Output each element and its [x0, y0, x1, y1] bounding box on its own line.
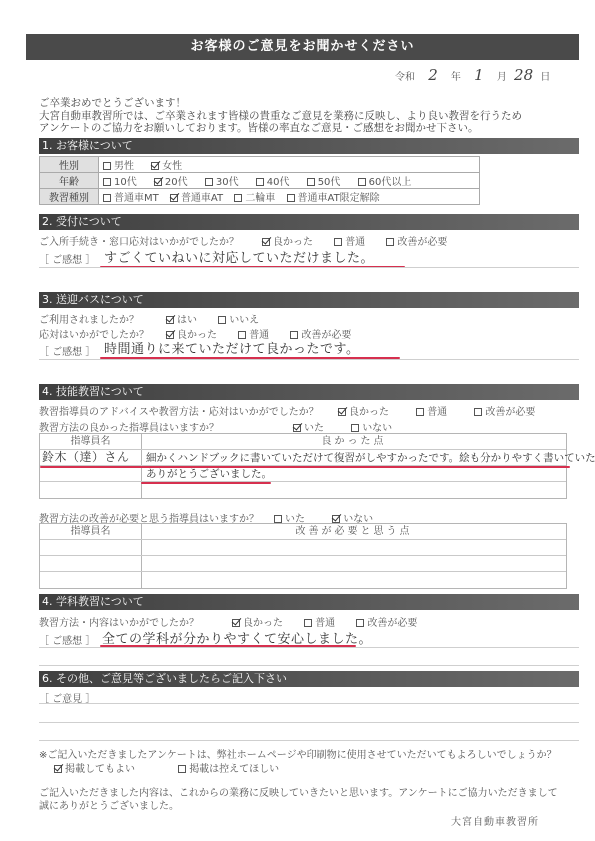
bus-usage-yes-option[interactable]: はい [166, 311, 197, 326]
age-50s-option[interactable]: 50代 [307, 173, 341, 188]
checkbox-icon[interactable] [274, 515, 282, 523]
instructor-advice-normal-option[interactable]: 普通 [416, 403, 447, 418]
date-year-unit: 年 [451, 72, 461, 83]
age-10s-option[interactable]: 10代 [103, 173, 137, 188]
table-header-row: 指導員名 改善が必要と思う点 [40, 524, 566, 540]
closing-line-2: 誠にありがとうございました。 [39, 800, 558, 813]
section-1-heading: 1. お客様について [39, 138, 579, 154]
good-point-header: 良かった点 [142, 434, 566, 449]
course-motorcycle-option[interactable]: 二輪車 [234, 189, 275, 204]
table-row [40, 556, 566, 572]
good-point-cell[interactable]: 細かくハンドブックに書いていただけて復習がしやすかったです。絵も分かりやすく書い… [146, 450, 595, 466]
checkbox-checked-icon[interactable] [262, 238, 270, 246]
section-2-heading: 2. 受付について [39, 214, 579, 230]
age-60s-plus-option[interactable]: 60代以上 [358, 173, 412, 188]
reception-comment-label: ［ ご感想 ］ [39, 251, 95, 266]
divider [39, 267, 579, 268]
instructor-advice-question: 教習指導員のアドバイスや教習方法・応対はいかがでしたか？ [39, 403, 319, 418]
checkbox-icon[interactable] [334, 238, 342, 246]
good-point-underline-1 [40, 466, 570, 468]
checkbox-checked-icon[interactable] [293, 424, 301, 432]
school-signature: 大宮自動車教習所 [451, 813, 539, 828]
checkbox-icon[interactable] [304, 619, 312, 627]
classroom-question: 教習方法・内容はいかがでしたか？ [39, 614, 199, 629]
checkbox-icon[interactable] [351, 424, 359, 432]
gender-label: 性別 [40, 157, 99, 173]
course-type-row: 教習種別 普通車MT 普通車AT 二輪車 普通車AT限定解除 [40, 189, 480, 205]
date-month[interactable]: 1 [474, 66, 484, 84]
date-era: 令和 [395, 72, 415, 83]
age-row: 年齢 10代 20代 30代 40代 50代 60代以上 [40, 173, 480, 189]
checkbox-icon[interactable] [358, 178, 366, 186]
intro-line-3: アンケートのご協力をお願いしております。皆様の率直なご意見・ご感想をお聞かせ下さ… [39, 122, 522, 135]
classroom-comment-label: ［ ご感想 ］ [39, 632, 95, 647]
age-label: 年齢 [40, 173, 99, 189]
gender-female-option[interactable]: 女性 [151, 157, 182, 172]
table-row [40, 482, 566, 498]
classroom-good-option[interactable]: 良かった [232, 614, 283, 629]
section-4-heading: 4. 技能教習について [39, 384, 579, 400]
checkbox-checked-icon[interactable] [170, 194, 178, 202]
reception-normal-option[interactable]: 普通 [334, 233, 365, 248]
instructor-advice-good-option[interactable]: 良かった [338, 403, 389, 418]
instructor-advice-needs-improvement-option[interactable]: 改善が必要 [474, 403, 535, 418]
checkbox-checked-icon[interactable] [338, 408, 346, 416]
date-year[interactable]: 2 [428, 66, 438, 84]
checkbox-icon[interactable] [307, 178, 315, 186]
table-row [40, 540, 566, 556]
checkbox-icon[interactable] [218, 316, 226, 324]
good-instructor-yes-option[interactable]: いた [293, 419, 324, 434]
age-20s-option[interactable]: 20代 [154, 173, 188, 188]
checkbox-icon[interactable] [234, 194, 242, 202]
checkbox-checked-icon[interactable] [54, 765, 62, 773]
publish-decline-option[interactable]: 掲載は控えてほしい [178, 763, 279, 777]
instructor-name-cell[interactable] [40, 572, 142, 588]
course-at-option[interactable]: 普通車AT [170, 189, 223, 204]
checkbox-checked-icon[interactable] [232, 619, 240, 627]
checkbox-checked-icon[interactable] [166, 316, 174, 324]
improve-instructor-table: 指導員名 改善が必要と思う点 [39, 523, 567, 589]
reception-comment[interactable]: すごくていねいに対応していただけました。 [104, 247, 374, 266]
age-40s-option[interactable]: 40代 [256, 173, 290, 188]
instructor-name-cell[interactable] [40, 556, 142, 571]
reception-question: ご入所手続き・窓口応対はいかがでしたか？ [39, 233, 239, 248]
reception-good-option[interactable]: 良かった [262, 233, 313, 248]
section-3-heading: 3. 送迎バスについて [39, 292, 579, 308]
checkbox-icon[interactable] [205, 178, 213, 186]
checkbox-icon[interactable] [356, 619, 364, 627]
date-field: 令和 2 年 1 月 28 日 [395, 66, 550, 84]
closing-message: ご記入いただきました内容は、これからの業務に反映していきたいと思います。アンケー… [39, 787, 558, 813]
bus-comment[interactable]: 時間通りに来ていただけて良かったです。 [104, 338, 359, 357]
customer-profile-table: 性別 男性 女性 年齢 10代 20代 30代 40代 50代 60代以上 教習… [39, 156, 480, 205]
form-title: お客様のご意見をお聞かせください [26, 34, 579, 60]
publication-consent: ※ご記入いただきましたアンケートは、弊社ホームページや印刷物に使用させていただい… [39, 749, 557, 777]
good-instructor-question: 教習方法の良かった指導員はいますか？ [39, 419, 219, 434]
course-at-limit-removal-option[interactable]: 普通車AT限定解除 [287, 189, 380, 204]
checkbox-icon[interactable] [103, 194, 111, 202]
reception-needs-improvement-option[interactable]: 改善が必要 [386, 233, 447, 248]
instructor-advice-options: 良かった 普通 改善が必要 [338, 403, 549, 418]
checkbox-icon[interactable] [178, 765, 186, 773]
checkbox-icon[interactable] [416, 408, 424, 416]
good-instructor-options: いた いない [293, 419, 406, 434]
instructor-name-header: 指導員名 [40, 524, 142, 539]
classroom-normal-option[interactable]: 普通 [304, 614, 335, 629]
bus-comment-label: ［ ご感想 ］ [39, 343, 95, 358]
checkbox-checked-icon[interactable] [151, 162, 159, 170]
table-header-row: 指導員名 良かった点 [40, 434, 566, 450]
bus-usage-options: はい いいえ [166, 311, 273, 326]
improve-point-cell[interactable] [142, 540, 566, 555]
course-mt-option[interactable]: 普通車MT [103, 189, 159, 204]
checkbox-icon[interactable] [386, 238, 394, 246]
section-6-heading: 6. その他、ご意見等ございましたらご記入下さい [39, 671, 579, 687]
date-month-unit: 月 [497, 72, 507, 83]
checkbox-checked-icon[interactable] [332, 515, 340, 523]
table-row: ありがとうございました。 [40, 466, 566, 482]
date-day[interactable]: 28 [514, 66, 533, 84]
other-comment-input[interactable] [104, 688, 574, 702]
publish-ok-option[interactable]: 掲載してもよい [54, 763, 135, 777]
section-5-heading: 4. 学科教習について [39, 594, 579, 610]
divider [39, 647, 579, 648]
course-type-label: 教習種別 [40, 189, 99, 205]
table-row: 鈴木（達）さん 細かくハンドブックに書いていただけて復習がしやすかったです。絵も… [40, 450, 566, 466]
bus-usage-question: ご利用されましたか？ [39, 311, 139, 326]
age-30s-option[interactable]: 30代 [205, 173, 239, 188]
intro-text: ご卒業おめでとうございます！ 大宮自動車教習所では、ご卒業されます皆様の貴重なご… [39, 97, 522, 135]
closing-line-1: ご記入いただきました内容は、これからの業務に反映していきたいと思います。アンケー… [39, 787, 558, 800]
good-point-underline-2 [141, 482, 271, 484]
checkbox-icon[interactable] [287, 194, 295, 202]
good-point-cell[interactable]: ありがとうございました。 [146, 466, 272, 482]
classroom-options: 良かった 普通 改善が必要 [232, 614, 431, 629]
good-instructor-no-option[interactable]: いない [351, 419, 392, 434]
checkbox-checked-icon[interactable] [154, 178, 162, 186]
bus-usage-no-option[interactable]: いいえ [218, 311, 259, 326]
reception-options: 良かった 普通 改善が必要 [262, 233, 461, 248]
gender-row: 性別 男性 女性 [40, 157, 480, 173]
intro-line-2: 大宮自動車教習所では、ご卒業されます皆様の貴重なご意見を業務に反映し、より良い教… [39, 110, 522, 123]
divider [39, 665, 579, 666]
publication-question: ※ご記入いただきましたアンケートは、弊社ホームページや印刷物に使用させていただい… [39, 749, 557, 763]
comment-line [39, 703, 579, 704]
divider [39, 359, 579, 360]
instructor-name-header: 指導員名 [40, 434, 142, 449]
instructor-name-cell[interactable]: 鈴木（達）さん [42, 449, 130, 465]
comment-line [39, 740, 579, 741]
date-day-unit: 日 [540, 72, 550, 83]
intro-line-1: ご卒業おめでとうございます！ [39, 97, 522, 110]
table-row [40, 572, 566, 588]
comment-line [39, 722, 579, 723]
improve-point-header: 改善が必要と思う点 [142, 524, 566, 539]
checkbox-icon[interactable] [103, 162, 111, 170]
classroom-needs-improvement-option[interactable]: 改善が必要 [356, 614, 417, 629]
gender-male-option[interactable]: 男性 [103, 157, 134, 172]
improve-point-cell[interactable] [142, 556, 566, 571]
checkbox-icon[interactable] [474, 408, 482, 416]
instructor-name-cell[interactable] [40, 540, 142, 555]
checkbox-icon[interactable] [103, 178, 111, 186]
improve-point-cell[interactable] [142, 572, 566, 588]
checkbox-icon[interactable] [256, 178, 264, 186]
